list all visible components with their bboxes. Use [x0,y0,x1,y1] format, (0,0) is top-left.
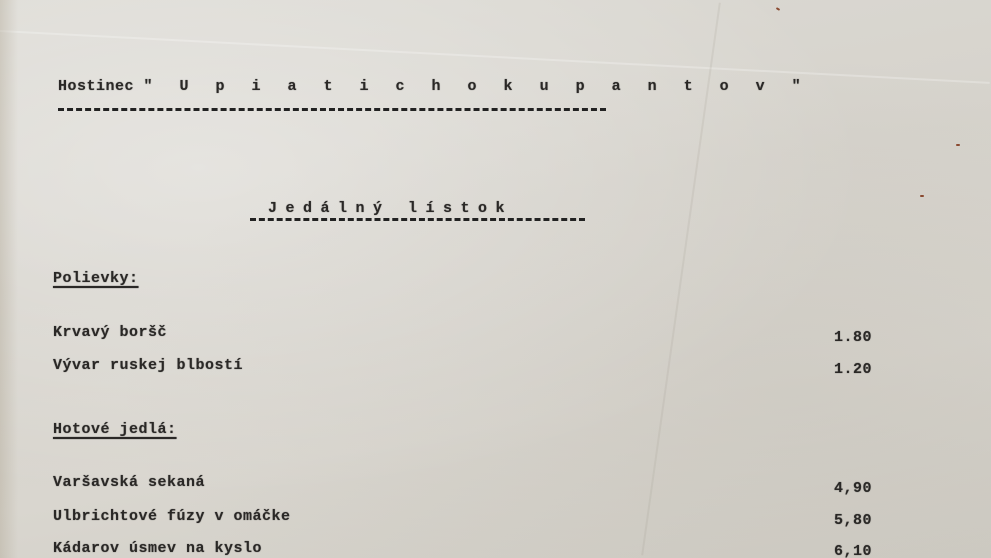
establishment-prefix: Hostinec [58,78,134,95]
menu-title-underline [250,218,585,221]
menu-item-name: Vývar ruskej blbostí [53,357,243,374]
menu-item-name: Ulbrichtové fúzy v omáčke [53,508,291,525]
menu-item-price: 5,80 [828,512,872,529]
section-heading-main-dishes: Hotové jedlá: [53,421,177,438]
menu-item-price: 6,10 [828,543,872,558]
menu-item-price: 1.80 [828,329,872,346]
establishment-name: " U p i a t i c h o k u p a n t o v " [144,78,810,95]
menu-item-price: 1.20 [828,361,872,378]
paper-edge-stain [0,0,18,558]
paper-speck [776,7,780,11]
menu-title: Jedálný lístok [268,200,513,217]
menu-item-name: Krvavý boršč [53,324,167,341]
establishment-header: Hostinec " U p i a t i c h o k u p a n t… [58,78,810,95]
menu-item-name: Varšavská sekaná [53,474,205,491]
menu-item-name: Kádarov úsmev na kyslo [53,540,262,557]
header-underline [58,108,606,111]
section-heading-soups: Polievky: [53,270,139,287]
menu-item-price: 4,90 [828,480,872,497]
paper-crease [0,30,990,84]
paper-speck [956,144,960,146]
paper-speck [920,195,924,197]
